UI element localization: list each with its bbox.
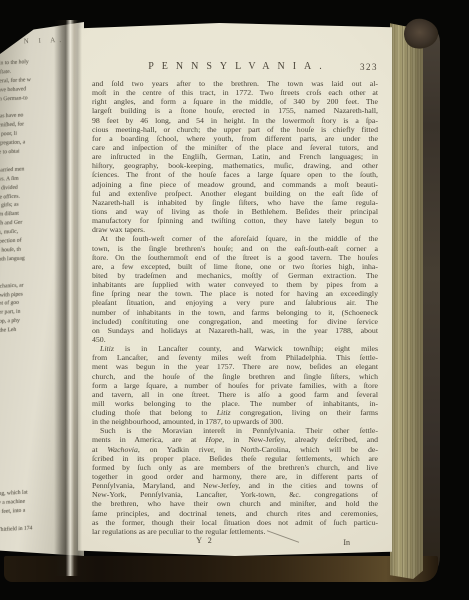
text-line: ſame principles, and doctrinal tenets, a…: [92, 509, 378, 518]
text-line: Such is the Moravian intereſt in Pennſyl…: [92, 426, 378, 435]
text-line: as the former, though their local ſituat…: [92, 518, 378, 527]
text-line: tions and way of living as thoſe in Beth…: [92, 207, 378, 216]
text-line: formed by ſuch only as are members of th…: [92, 463, 378, 472]
text-line: from Lancaſter, and ſeventy miles weſt f…: [92, 353, 378, 362]
text-line: New-York, Pennſylvania, Lancaſter, York-…: [92, 490, 378, 499]
text-line: bited by tradeſmen and mechanics, moſtly…: [92, 271, 378, 280]
facing-page-edge: V A N I A. d as remain to the holye marr…: [0, 22, 84, 556]
text-line: ments in America, are at Hope, in New-Je…: [92, 435, 378, 444]
text-line: draw wax tapers.: [92, 225, 378, 234]
text-line: cious meeting-hall, or church; the upper…: [92, 125, 378, 134]
text-line: fine ſpring near the town. The place is …: [92, 289, 378, 298]
text-line: ful and extenſive proſpect. Another eleg…: [92, 189, 378, 198]
text-line: for a boarding ſchool, where youth, from…: [92, 134, 378, 143]
running-title: PENNSYLVANIA.: [92, 61, 378, 72]
text-line: in the neighbourhood, amounted, in 1787,…: [92, 417, 378, 426]
text-line: At the ſouth-weſt corner of the aforeſai…: [92, 234, 378, 243]
text-line: ſtore. On the ſouthernmoſt end of the ſt…: [92, 253, 378, 262]
text-line: are, a few excepted, built of lime ſtone…: [92, 262, 378, 271]
text-line: moſt in the centre of this tract, in 177…: [92, 88, 378, 97]
text-line: manufactory for ſpinning and twiſting co…: [92, 216, 378, 225]
text-line: largeſt building is a ſtone houſe, erect…: [92, 106, 378, 115]
text-line: Pennſylvania, Maryland, and New-Jerſey, …: [92, 481, 378, 490]
text-line: 98 feet by 46 long, and 54 in height. In…: [92, 116, 378, 125]
page-body-text: and ſold two years after to the brethren…: [92, 79, 378, 536]
text-line: church, and the houſe of the ſingle bret…: [92, 372, 378, 381]
page-footer: Y 2 In: [92, 536, 378, 548]
text-line: 450.: [92, 335, 378, 344]
book-fore-edge-pages: [390, 21, 423, 579]
text-line: are inſtructed in the Engliſh, German, L…: [92, 152, 378, 161]
text-line: adjoining a fine piece of meadow ground,…: [92, 180, 378, 189]
text-line: Litiz is in Lancaſter county, and Warwic…: [92, 344, 378, 353]
text-line: cluding thoſe that belong to Litiz congr…: [92, 408, 378, 417]
book-page: PENNSYLVANIA. 323 and ſold two years aft…: [78, 23, 392, 556]
text-line: care and inſpection of the miniſter of t…: [92, 143, 378, 152]
text-line: and ſold two years after to the brethren…: [92, 79, 378, 88]
text-line: at Wachovia, on Yadkin river, in North-C…: [92, 445, 378, 454]
catchword: In: [343, 538, 350, 547]
text-line: right angles, and form a ſquare in the m…: [92, 97, 378, 106]
text-line: ſcribed in its proper place. Beſides the…: [92, 454, 378, 463]
text-line: pleaſant ſituation, and enjoying a very …: [92, 298, 378, 307]
text-line: hiſtory, geography, book-keeping, mathem…: [92, 161, 378, 170]
text-line: included) conſtituting one congregation,…: [92, 317, 378, 326]
text-line: ſciences. The front of the houſe faces a…: [92, 170, 378, 179]
text-line: ment was begun in the year 1757. There a…: [92, 362, 378, 371]
text-line: number of inhabitants in the town, and f…: [92, 308, 378, 317]
text-line: lar regulations as are peculiar to the r…: [92, 527, 378, 536]
facing-page-running-title-fragment: V A N I A.: [0, 36, 65, 46]
text-line: inhabitants are ſupplied with water conv…: [92, 280, 378, 289]
book-bottom-page-edges: [4, 556, 438, 582]
text-line: form a large ſquare, a number of houſes …: [92, 381, 378, 390]
text-line: and tavern, all in one ſtreet. There is …: [92, 390, 378, 399]
text-line: on Sundays and holidays at Nazareth-hall…: [92, 326, 378, 335]
text-line: Nazareth-hall is inhabited by ſingle ſiſ…: [92, 198, 378, 207]
text-line: mill works belonging to the place. The n…: [92, 399, 378, 408]
text-line: town, is the ſingle brethren's houſe; an…: [92, 244, 378, 253]
running-head: PENNSYLVANIA. 323: [92, 61, 378, 74]
text-line: together in good order and harmony, ther…: [92, 472, 378, 481]
page-number: 323: [360, 62, 378, 72]
text-line: the brethren, who have their own church …: [92, 499, 378, 508]
